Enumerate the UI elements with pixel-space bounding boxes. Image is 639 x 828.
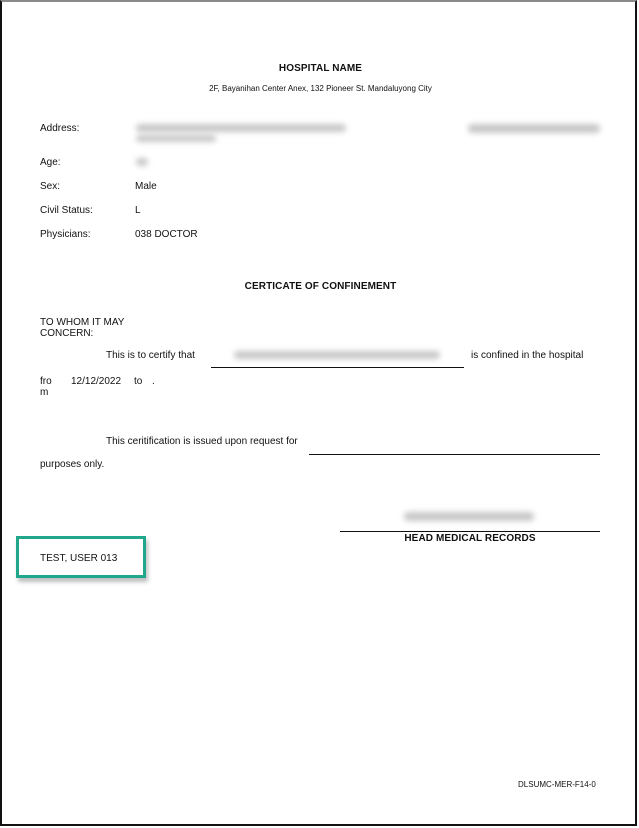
user-stamp-name: TEST, USER 013 xyxy=(40,553,117,564)
patient-name-redacted xyxy=(234,351,440,359)
age-value-redacted xyxy=(136,158,148,166)
to-value: . xyxy=(152,376,155,387)
user-stamp-box: TEST, USER 013 xyxy=(16,536,146,578)
age-label: Age: xyxy=(40,157,61,168)
civil-status-label: Civil Status: xyxy=(40,205,93,216)
salutation-line2: CONCERN: xyxy=(40,328,93,339)
document-page: HOSPITAL NAME 2F, Bayanihan Center Anex,… xyxy=(0,0,637,826)
salutation-line1: TO WHOM IT MAY xyxy=(40,317,124,328)
address-value-redacted-line2 xyxy=(136,135,216,142)
form-code: DLSUMC-MER-F14-0 xyxy=(518,780,596,789)
purposes-text: purposes only. xyxy=(40,459,104,470)
request-text: This ceritification is issued upon reque… xyxy=(106,436,298,447)
patient-name-underline xyxy=(211,367,464,368)
signature-line xyxy=(340,531,600,532)
signatory-name-redacted xyxy=(404,512,534,521)
request-underline xyxy=(309,454,600,455)
certify-suffix: is confined in the hospital xyxy=(471,350,583,361)
certify-prefix: This is to certify that xyxy=(106,350,195,361)
address-value-redacted xyxy=(136,124,346,132)
civil-status-value: L xyxy=(135,205,141,216)
from-label-1: fro xyxy=(40,376,52,387)
hospital-address: 2F, Bayanihan Center Anex, 132 Pioneer S… xyxy=(2,84,639,93)
from-date: 12/12/2022 xyxy=(71,376,121,387)
to-label: to xyxy=(134,376,142,387)
physicians-value: 038 DOCTOR xyxy=(135,229,198,240)
from-label-2: m xyxy=(40,387,48,398)
physicians-label: Physicians: xyxy=(40,229,91,240)
signature-title: HEAD MEDICAL RECORDS xyxy=(340,533,600,544)
date-redacted xyxy=(468,124,600,133)
sex-label: Sex: xyxy=(40,181,60,192)
sex-value: Male xyxy=(135,181,157,192)
certificate-title: CERTICATE OF CONFINEMENT xyxy=(2,281,639,292)
address-label: Address: xyxy=(40,123,79,134)
hospital-name: HOSPITAL NAME xyxy=(2,63,639,74)
